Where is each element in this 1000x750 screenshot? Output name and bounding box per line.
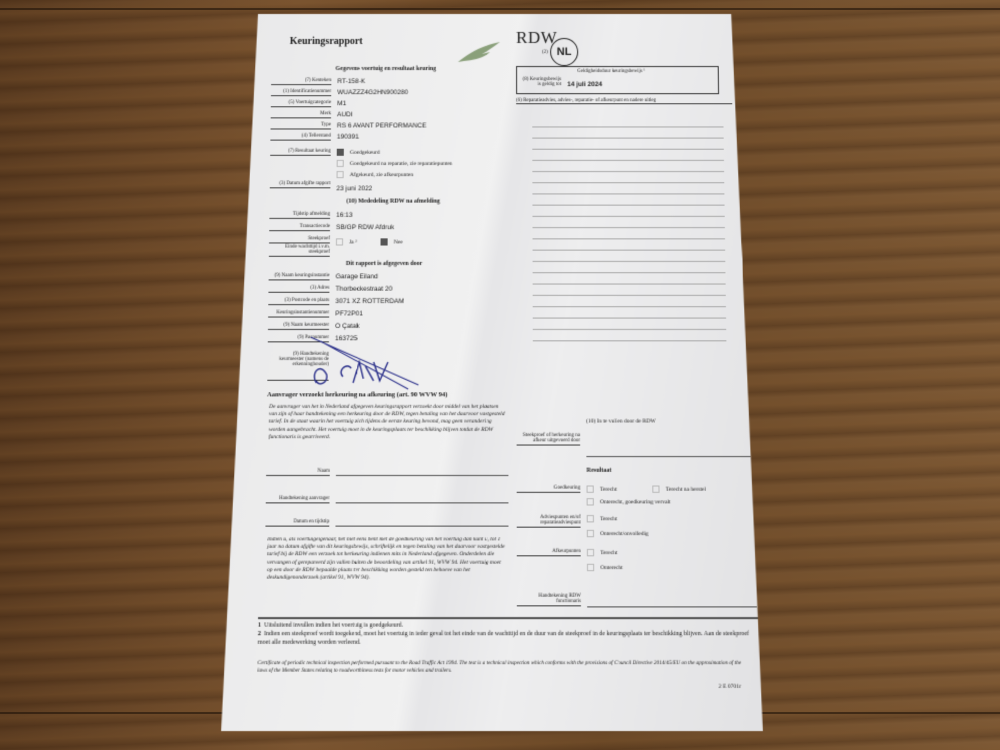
spotcheck-option-yes: Ja ² <box>336 238 357 245</box>
checkbox-icon[interactable] <box>587 564 594 571</box>
table-seam <box>0 8 1000 10</box>
rdw-result-option[interactable]: Terecht <box>587 515 617 522</box>
rdw-result-option[interactable]: Terecht na herstel <box>652 485 706 492</box>
document-title: Keuringsrapport <box>290 36 363 47</box>
footer-divider <box>258 617 759 619</box>
checkbox-icon[interactable] <box>587 549 594 556</box>
rdw-section-title: (10) In te vullen door de RDW <box>586 418 655 424</box>
transaction-value: SB/GP RDW Afdruk <box>336 224 394 231</box>
ruled-line[interactable] <box>533 284 726 285</box>
form-code: 2 E 0701r <box>719 684 742 690</box>
valid-until-label: (8) Keuringsbewijs is geldig tot <box>521 77 561 87</box>
rdw-result-label: Afkeurpunten <box>517 549 581 556</box>
ruled-line[interactable] <box>532 138 723 139</box>
ruled-line[interactable] <box>532 171 724 172</box>
section-issuer-heading: Dit rapport is afgegeven door <box>346 261 422 267</box>
vehicle-field-value: AUDI <box>337 111 353 118</box>
applicant-field-line[interactable] <box>335 526 508 527</box>
issuer-field-value: Garage Eiland <box>336 273 378 280</box>
checkbox-icon[interactable] <box>587 530 594 537</box>
footnotes: 1 Uitsluitend invullen indien het voertu… <box>258 621 760 647</box>
rdw-performed-line[interactable] <box>586 456 750 457</box>
ruled-line[interactable] <box>533 238 725 239</box>
reinspection-heading: Aanvrager verzoekt herkeuring na afkeuri… <box>267 391 447 398</box>
ruled-line[interactable] <box>533 272 726 273</box>
validity-box: Geldigheidsduur keuringsbewijs ¹ (8) Keu… <box>516 66 719 94</box>
ruled-line[interactable] <box>532 149 724 150</box>
applicant-field-line[interactable] <box>336 502 509 503</box>
checkbox-icon[interactable] <box>587 515 594 522</box>
rdw-performed-label: Steekproef of herkeuring na afkeur uitge… <box>517 433 581 446</box>
repair-advice-header: (6) Reparatieadvies, advies-, reparatie-… <box>516 98 732 104</box>
checkbox-checked-icon <box>381 238 388 245</box>
vehicle-field-label: (7) Kenteken <box>271 78 331 85</box>
rdw-leaf-logo-icon <box>456 40 502 64</box>
ruled-line[interactable] <box>533 318 726 319</box>
valid-until-value: 14 juli 2024 <box>567 81 602 88</box>
rdw-result-option[interactable]: Terecht <box>587 549 617 556</box>
vehicle-field-label: Type <box>271 122 331 129</box>
issuer-field-value: O Çatak <box>335 323 359 330</box>
notification-time-label: Tijdstip afmelding <box>269 212 330 219</box>
rdw-result-option[interactable]: Onterecht <box>587 564 623 571</box>
spotcheck-wait-label: Einde wachttijd i.v.m. steekproef <box>269 244 330 256</box>
section-vehicle-heading: Gegevens voertuig en resultaat keuring <box>335 66 436 72</box>
applicant-field-label: Datum en tijdstip <box>265 519 329 526</box>
certificate-text: Certificate of periodic technical inspec… <box>257 660 745 675</box>
section-notification-heading: (10) Mededeling RDW na afmelding <box>346 199 440 205</box>
result-label: (7) Resultaat keuring <box>270 149 331 156</box>
ruled-line[interactable] <box>533 295 726 296</box>
issuer-field-label: (3) Adres <box>268 286 329 293</box>
checkbox-icon[interactable] <box>587 485 594 492</box>
vehicle-field-value: M1 <box>337 100 346 107</box>
rdw-result-option[interactable]: Onterecht, goedkeuring vervalt <box>587 498 671 505</box>
vehicle-field-value: 190391 <box>337 134 359 141</box>
ruled-line[interactable] <box>533 340 727 341</box>
transaction-label: Transactiecode <box>269 224 330 231</box>
spotcheck-label: Steekproef <box>269 236 330 243</box>
rdw-signature-line[interactable] <box>587 606 757 607</box>
rdw-result-label: Goedkeuring <box>517 485 581 492</box>
vehicle-field-label: (4) Tellerstand <box>270 134 331 141</box>
ruled-line[interactable] <box>533 250 726 251</box>
issuer-field-label: (3) Postcode en plaats <box>268 298 329 305</box>
checkbox-icon <box>337 160 344 167</box>
rdw-result-option[interactable]: Terecht <box>587 485 617 492</box>
issue-date-value: 23 juni 2022 <box>336 185 372 192</box>
vehicle-field-value: RS 6 AVANT PERFORMANCE <box>337 122 426 129</box>
rdw-signature-label: Handtekening RDW functionaris <box>517 594 581 607</box>
reinspection-text: De aanvrager van het in Nederland afgege… <box>269 404 507 442</box>
result-option: Goedgekeurd na reparatie, zie reparatiep… <box>337 160 453 167</box>
country-ref: (2) <box>542 50 548 55</box>
applicant-field-label: Handtekening aanvrager <box>266 496 330 503</box>
ruled-line[interactable] <box>533 306 726 307</box>
ruled-line[interactable] <box>533 329 727 330</box>
issuer-field-label: (9) Naam keurmeester <box>268 323 329 330</box>
footnote-2: 2 Indien een steekproef wordt toegekend,… <box>258 630 760 647</box>
checkbox-icon[interactable] <box>652 485 659 492</box>
checkbox-icon <box>337 171 344 178</box>
country-badge: NL <box>550 38 578 66</box>
spotcheck-option-no: Nee <box>381 238 403 245</box>
issuer-field-label: (9) Naam keuringsinstantie <box>269 273 330 280</box>
ruled-line[interactable] <box>533 261 726 262</box>
rdw-result-label: Adviespunten en/of reparatieadviespunt <box>517 515 581 528</box>
vehicle-field-label: Merk <box>271 111 331 118</box>
issuer-field-value: 3071 XZ ROTTERDAM <box>335 298 404 305</box>
ruled-line[interactable] <box>532 227 724 228</box>
checkbox-checked-icon <box>337 149 344 156</box>
checkbox-icon <box>336 238 343 245</box>
vehicle-field-label: (5) Voertuigcategorie <box>271 100 331 107</box>
ruled-line[interactable] <box>532 126 723 127</box>
applicant-field-label: Naam <box>266 469 330 476</box>
footnote-1: 1 Uitsluitend invullen indien het voertu… <box>258 621 759 630</box>
issuer-field-value: Thorbeckestraat 20 <box>335 286 392 293</box>
vehicle-field-value: RT-158-K <box>337 78 365 85</box>
issue-date-label: (3) Datum afgifte rapport <box>270 181 331 188</box>
validity-title: Geldigheidsduur keuringsbewijs ¹ <box>577 69 645 74</box>
handwritten-signature <box>306 331 429 393</box>
applicant-field-line[interactable] <box>336 475 509 476</box>
checkbox-icon[interactable] <box>587 498 594 505</box>
ruled-line[interactable] <box>532 182 724 183</box>
ruled-line[interactable] <box>532 193 724 194</box>
vehicle-field-value: WUAZZZ4G2HN900280 <box>337 89 408 96</box>
rdw-result-option[interactable]: Onterecht/onvolledig <box>587 530 649 537</box>
ruled-line[interactable] <box>532 160 724 161</box>
result-option: Afgekeurd, zie afkeurpunten <box>337 171 414 178</box>
vehicle-field-label: (1) Identificatienummer <box>271 89 331 96</box>
issuer-field-value: PF72P01 <box>335 310 363 317</box>
issuer-field-label: Keuringsinstantienummer <box>268 310 329 317</box>
objection-text: Indien u, als voertuigeigenaar, het niet… <box>267 536 507 582</box>
inspection-report-sheet: Keuringsrapport RDW (2) NL Gegevens voer… <box>221 14 763 731</box>
result-option: Goedgekeurd <box>337 149 380 156</box>
ruled-line[interactable] <box>532 205 724 206</box>
rdw-result-title: Resultaat <box>586 468 611 474</box>
notification-time-value: 16:13 <box>336 212 353 219</box>
ruled-line[interactable] <box>532 216 724 217</box>
